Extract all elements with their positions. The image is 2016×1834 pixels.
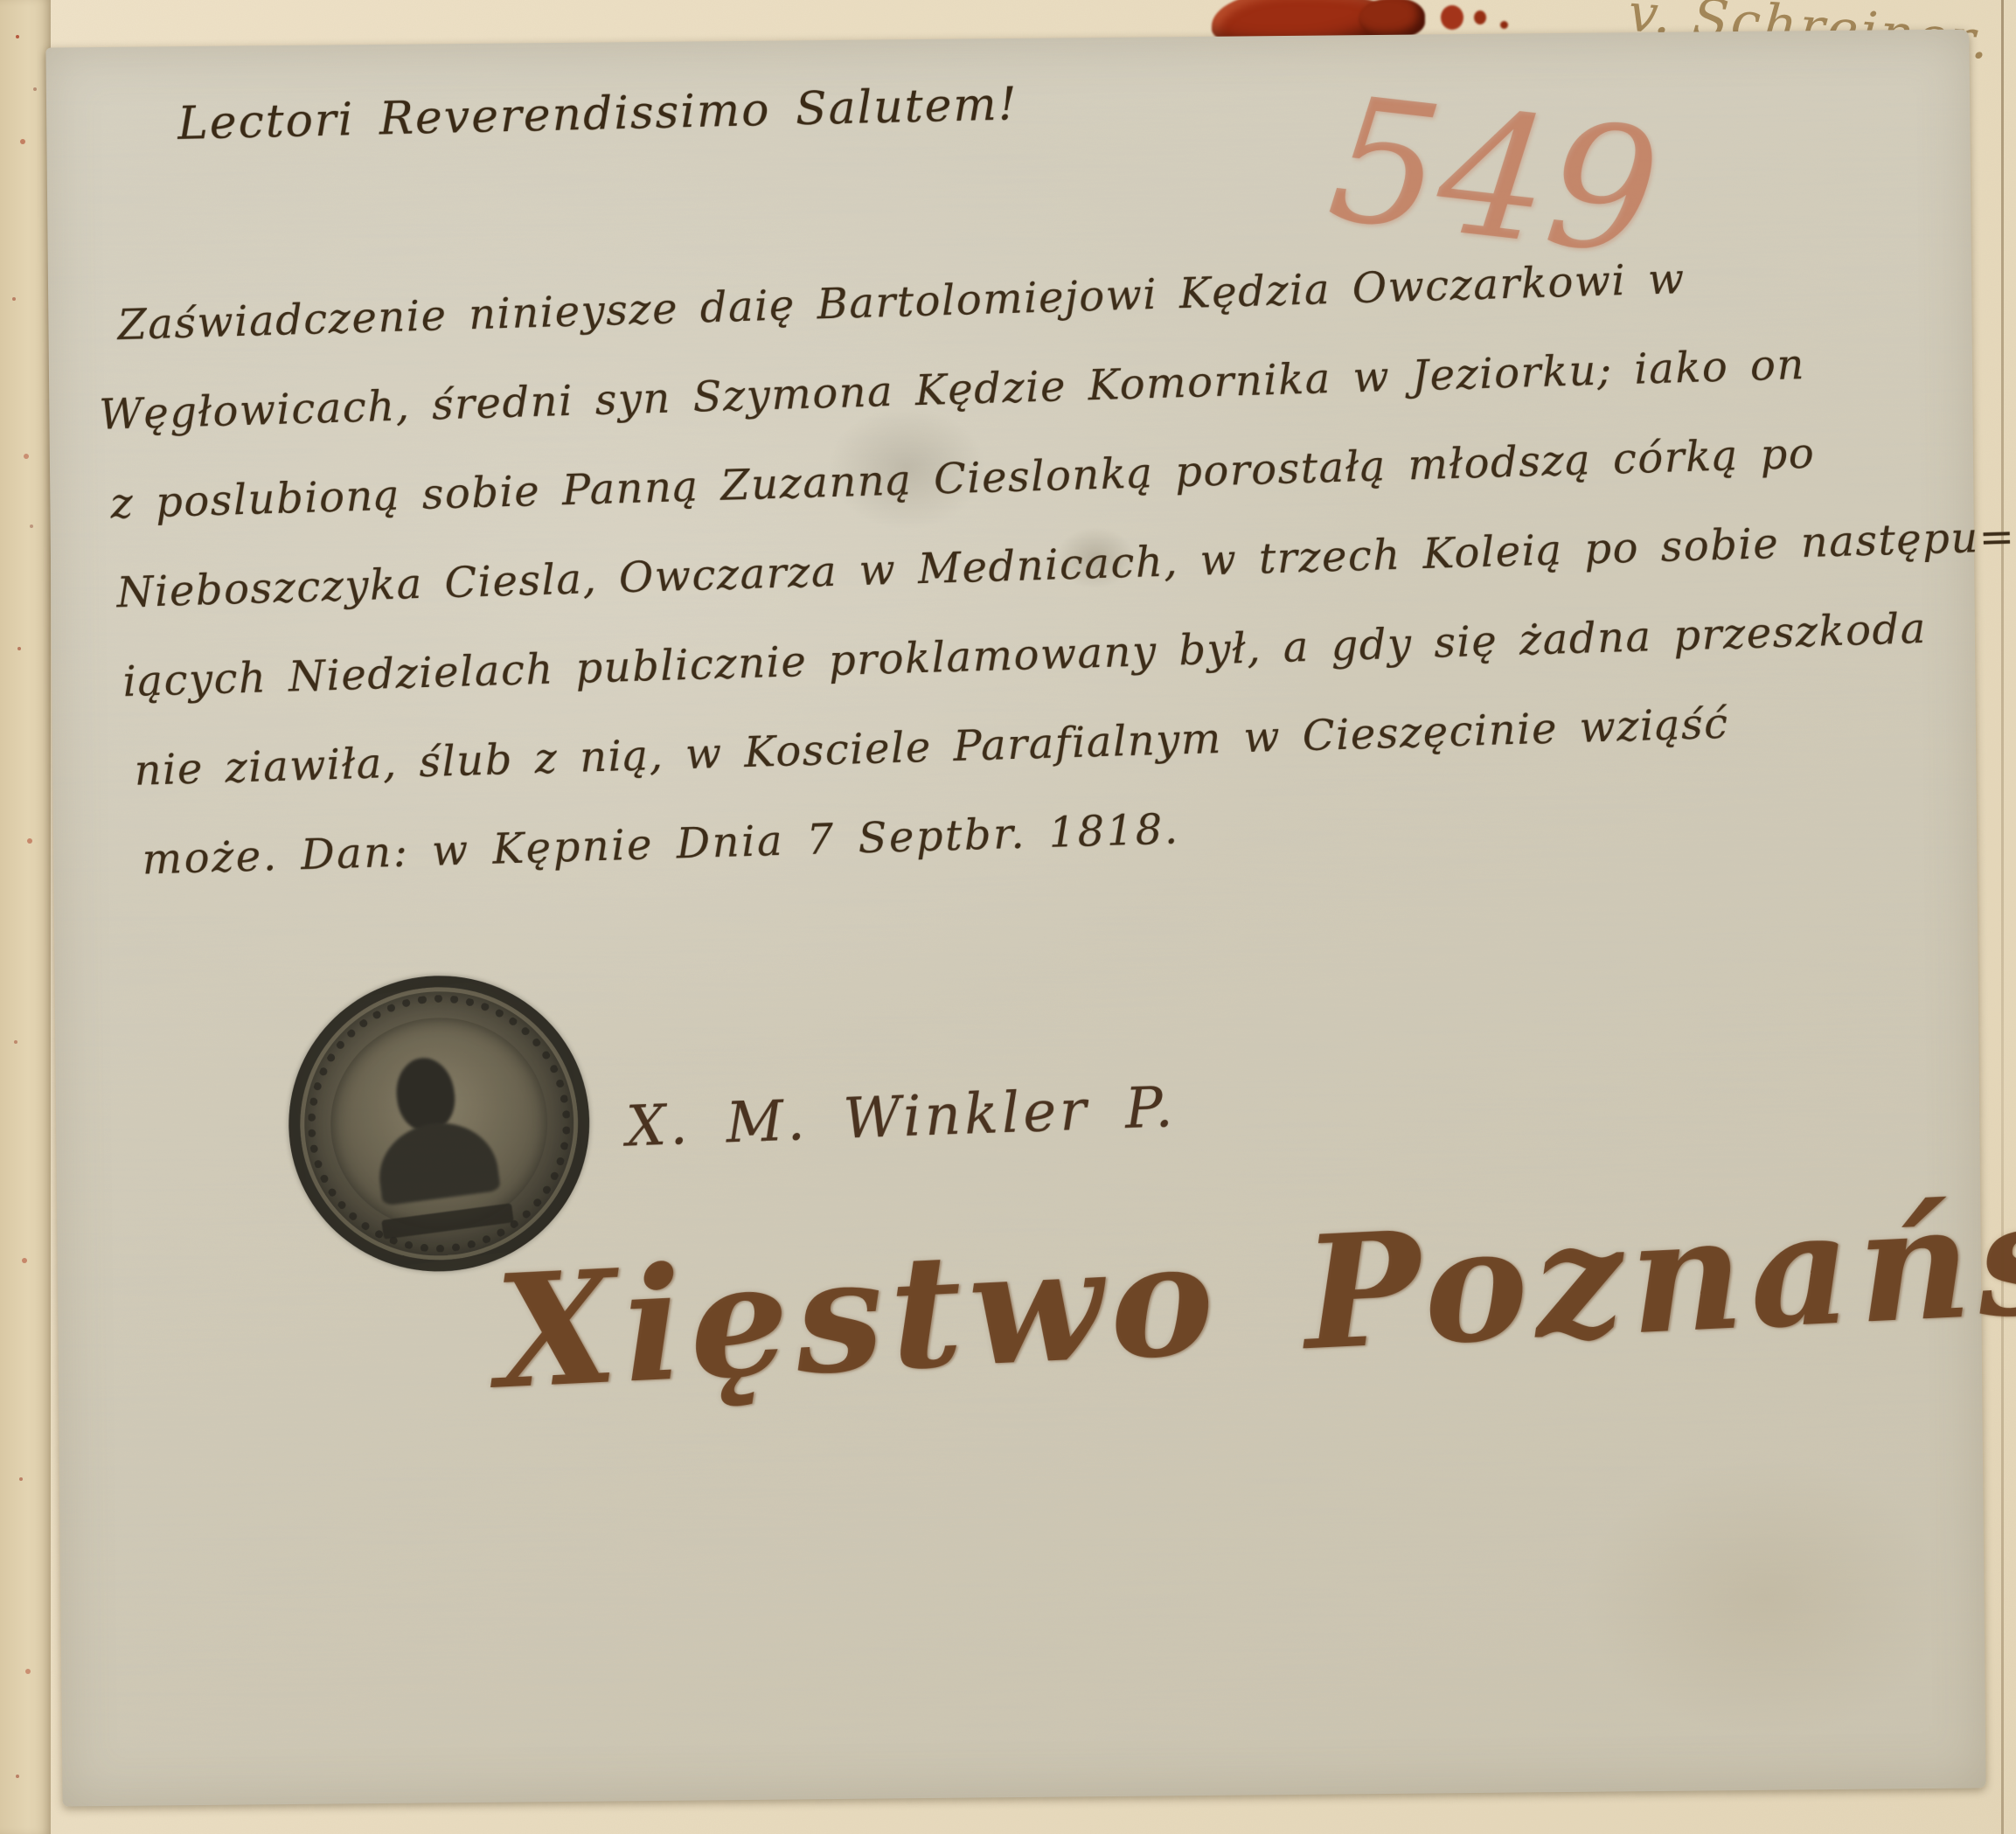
- book-binding-edge: [0, 0, 51, 1834]
- salutation-line: Lectori Reverendissimo Salutem!: [177, 78, 1019, 150]
- signature-line: X. M. Winkler P.: [625, 1075, 1178, 1159]
- scanned-archive-page: { "album_page": { "owner_annotation": "v…: [0, 0, 2016, 1834]
- page-edge-line: [2001, 0, 2004, 1834]
- province-inscription: Xięstwo Poznańskie: [492, 1157, 2016, 1418]
- paper-stain: [1581, 1456, 1950, 1740]
- marbled-edge-speckles: [16, 35, 19, 38]
- wax-blob: [1441, 5, 1463, 30]
- document-sheet: Lectori Reverendissimo Salutem! 549 Zaśw…: [45, 29, 1985, 1806]
- wax-blob: [1474, 10, 1486, 24]
- wax-fleck: [1500, 21, 1508, 29]
- body-paragraph: Zaświadczenie ninieysze daię Bartolomiej…: [88, 226, 1977, 906]
- wax-blob: [1359, 0, 1425, 38]
